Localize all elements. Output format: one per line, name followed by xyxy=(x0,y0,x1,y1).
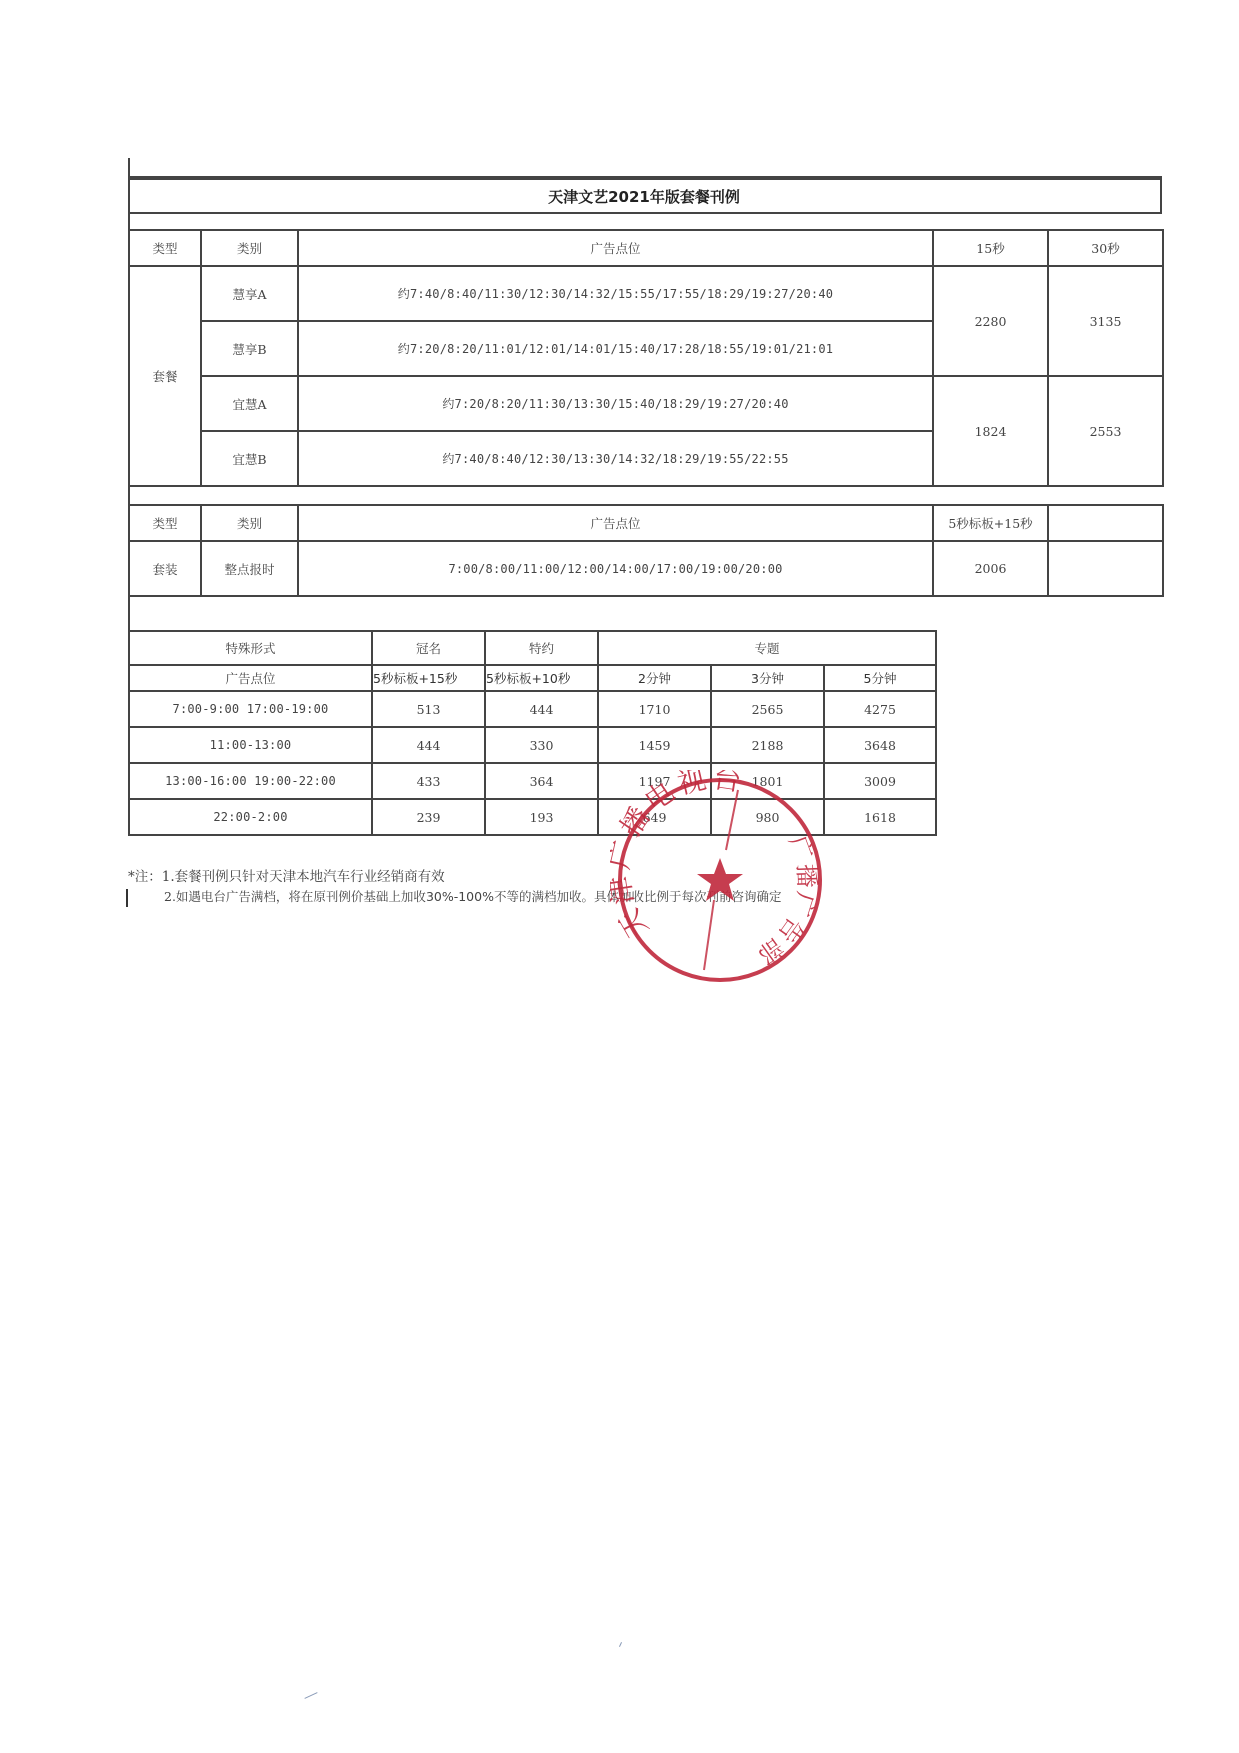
header-5min: 5分钟 xyxy=(824,665,936,691)
category-cell: 宜慧A xyxy=(201,376,298,431)
min3-cell: 2565 xyxy=(711,691,824,727)
slots-cell: 约7:40/8:40/11:30/12:30/14:32/15:55/17:55… xyxy=(298,266,933,321)
table-row: 22:00-2:00 239 193 649 980 1618 xyxy=(129,799,936,835)
naming-cell: 433 xyxy=(372,763,485,799)
table-row: 11:00-13:00 444 330 1459 2188 3648 xyxy=(129,727,936,763)
header-special-form: 特殊形式 xyxy=(129,631,372,665)
package-type-cell: 套餐 xyxy=(129,266,201,486)
category-cell: 慧享A xyxy=(201,266,298,321)
header-naming: 冠名 xyxy=(372,631,485,665)
slot-cell: 13:00-16:00 19:00-22:00 xyxy=(129,763,372,799)
naming-cell: 239 xyxy=(372,799,485,835)
document-page: 天津文艺2021年版套餐刊例 类型 类别 广告点位 15秒 30秒 套餐 慧享A… xyxy=(0,0,1239,1753)
note-2-percent: 30%-100% xyxy=(426,889,494,904)
header-2min: 2分钟 xyxy=(598,665,711,691)
sponsor-cell: 330 xyxy=(485,727,598,763)
min3-cell: 980 xyxy=(711,799,824,835)
scan-artifact xyxy=(619,1642,622,1647)
note-2-text-b: 不等的满档加收。具体加收比例于每次刊前咨询确定 xyxy=(494,889,782,904)
header-empty xyxy=(1048,505,1163,541)
scan-artifact xyxy=(304,1692,317,1699)
note-prefix: *注： xyxy=(128,869,162,885)
notes-block: *注：1.套餐刊例只针对天津本地汽车行业经销商有效 2.如遇电台广告满档，将在原… xyxy=(128,868,781,906)
sponsor-cell: 444 xyxy=(485,691,598,727)
header-sponsor-format: 5秒标板+10秒 xyxy=(485,665,598,691)
header-slots: 广告点位 xyxy=(298,230,933,266)
package-table: 类型 类别 广告点位 15秒 30秒 套餐 慧享A 约7:40/8:40/11:… xyxy=(128,229,1164,487)
min2-cell: 1197 xyxy=(598,763,711,799)
note-line-1: *注：1.套餐刊例只针对天津本地汽车行业经销商有效 xyxy=(128,868,781,887)
header-category: 类别 xyxy=(201,230,298,266)
naming-cell: 513 xyxy=(372,691,485,727)
slots-cell: 约7:20/8:20/11:30/13:30/15:40/18:29/19:27… xyxy=(298,376,933,431)
slot-cell: 11:00-13:00 xyxy=(129,727,372,763)
header-slot: 广告点位 xyxy=(129,665,372,691)
type-cell: 套装 xyxy=(129,541,201,596)
header-3min: 3分钟 xyxy=(711,665,824,691)
slots-cell: 约7:20/8:20/11:01/12:01/14:01/15:40/17:28… xyxy=(298,321,933,376)
min3-cell: 2188 xyxy=(711,727,824,763)
min5-cell: 3009 xyxy=(824,763,936,799)
min2-cell: 649 xyxy=(598,799,711,835)
slots-cell: 7:00/8:00/11:00/12:00/14:00/17:00/19:00/… xyxy=(298,541,933,596)
note-line-2: 2.如遇电台广告满档，将在原刊例价基础上加收30%-100%不等的满档加收。具体… xyxy=(128,887,781,906)
min2-cell: 1459 xyxy=(598,727,711,763)
category-cell: 宜慧B xyxy=(201,431,298,486)
slot-cell: 7:00-9:00 17:00-19:00 xyxy=(129,691,372,727)
min5-cell: 4275 xyxy=(824,691,936,727)
special-header-row-1: 特殊形式 冠名 特约 专题 xyxy=(129,631,936,665)
header-type: 类型 xyxy=(129,505,201,541)
price-15s-cell: 1824 xyxy=(933,376,1048,486)
special-header-row-2: 广告点位 5秒标板+15秒 5秒标板+10秒 2分钟 3分钟 5分钟 xyxy=(129,665,936,691)
header-30s: 30秒 xyxy=(1048,230,1163,266)
note-2-text-a: 2.如遇电台广告满档，将在原刊例价基础上加收 xyxy=(164,889,426,904)
sponsor-cell: 364 xyxy=(485,763,598,799)
note-1-text: 1.套餐刊例只针对天津本地汽车行业经销商有效 xyxy=(162,869,445,885)
slot-cell: 22:00-2:00 xyxy=(129,799,372,835)
min3-cell: 1801 xyxy=(711,763,824,799)
header-slots: 广告点位 xyxy=(298,505,933,541)
category-cell: 慧享B xyxy=(201,321,298,376)
table-row: 13:00-16:00 19:00-22:00 433 364 1197 180… xyxy=(129,763,936,799)
naming-cell: 444 xyxy=(372,727,485,763)
category-cell: 整点报时 xyxy=(201,541,298,596)
slots-cell: 约7:40/8:40/12:30/13:30/14:32/18:29/19:55… xyxy=(298,431,933,486)
table-row: 宜慧A 约7:20/8:20/11:30/13:30/15:40/18:29/1… xyxy=(129,376,1163,431)
header-naming-format: 5秒标板+15秒 xyxy=(372,665,485,691)
hourly-table: 类型 类别 广告点位 5秒标板+15秒 套装 整点报时 7:00/8:00/11… xyxy=(128,504,1164,597)
price-30s-cell: 3135 xyxy=(1048,266,1163,376)
table-row: 套餐 慧享A 约7:40/8:40/11:30/12:30/14:32/15:5… xyxy=(129,266,1163,321)
table-row: 7:00-9:00 17:00-19:00 513 444 1710 2565 … xyxy=(129,691,936,727)
min2-cell: 1710 xyxy=(598,691,711,727)
extra-cell xyxy=(1048,541,1163,596)
hourly-header-row: 类型 类别 广告点位 5秒标板+15秒 xyxy=(129,505,1163,541)
min5-cell: 3648 xyxy=(824,727,936,763)
min5-cell: 1618 xyxy=(824,799,936,835)
price-15s-cell: 2280 xyxy=(933,266,1048,376)
header-15s: 15秒 xyxy=(933,230,1048,266)
sponsor-cell: 193 xyxy=(485,799,598,835)
special-forms-table: 特殊形式 冠名 特约 专题 广告点位 5秒标板+15秒 5秒标板+10秒 2分钟… xyxy=(128,630,937,836)
price-30s-cell: 2553 xyxy=(1048,376,1163,486)
header-type: 类型 xyxy=(129,230,201,266)
header-sponsor: 特约 xyxy=(485,631,598,665)
header-topic: 专题 xyxy=(598,631,936,665)
package-header-row: 类型 类别 广告点位 15秒 30秒 xyxy=(129,230,1163,266)
price-cell: 2006 xyxy=(933,541,1048,596)
table-row: 套装 整点报时 7:00/8:00/11:00/12:00/14:00/17:0… xyxy=(129,541,1163,596)
margin-mark xyxy=(126,889,128,907)
document-title: 天津文艺2021年版套餐刊例 xyxy=(128,178,1162,214)
header-price: 5秒标板+15秒 xyxy=(933,505,1048,541)
header-category: 类别 xyxy=(201,505,298,541)
